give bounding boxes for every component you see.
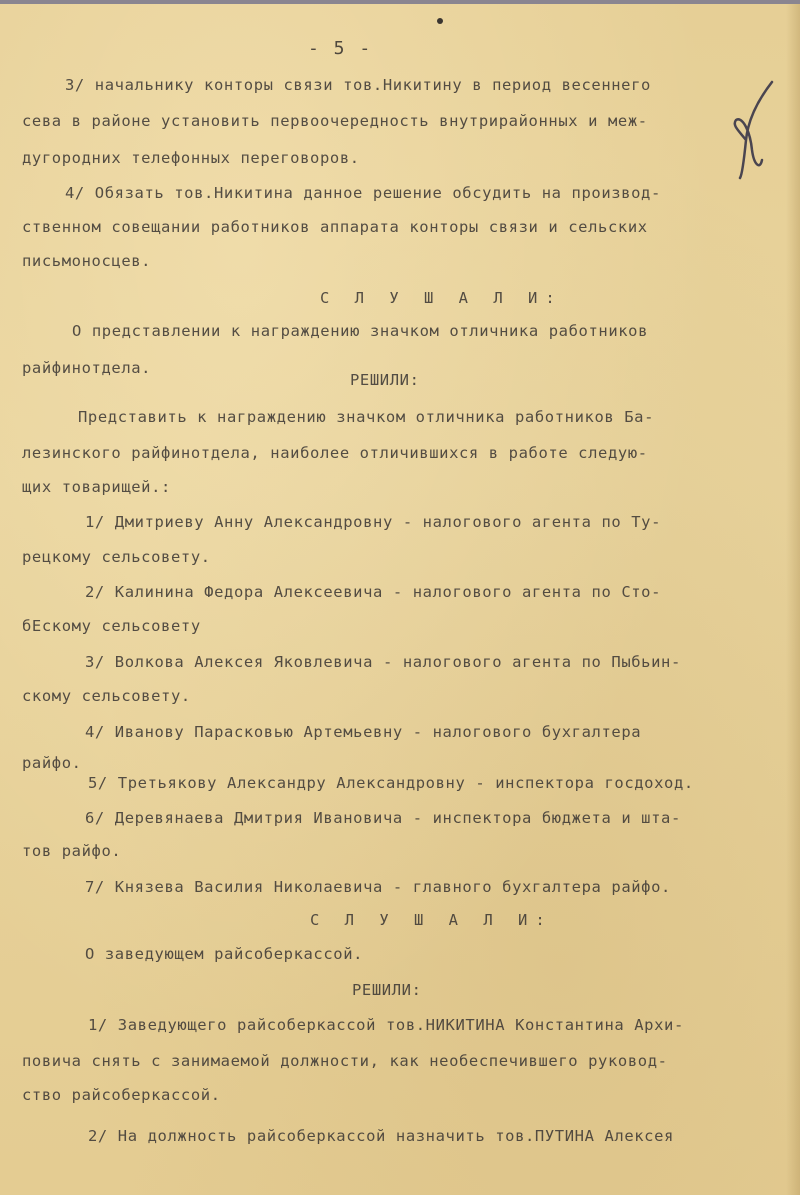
text-line: 3/ начальнику конторы связи тов.Никитину… bbox=[65, 76, 651, 94]
list-item: 2/ На должность райсоберкассой назначить… bbox=[88, 1127, 674, 1145]
text-line: бЕскому сельсовету bbox=[22, 617, 201, 635]
text-line: ственном совещании работников аппарата к… bbox=[22, 218, 648, 236]
text-line: скому сельсовету. bbox=[22, 687, 191, 705]
section-heading-heard: С Л У Ш А Л И: bbox=[310, 911, 553, 929]
text-line: повича снять с занимаемой должности, как… bbox=[22, 1052, 668, 1070]
list-item: 6/ Деревянаева Дмитрия Ивановича - инспе… bbox=[85, 809, 681, 827]
text-line: лезинского райфинотдела, наиболее отличи… bbox=[22, 444, 648, 462]
section-heading-decided: РЕШИЛИ: bbox=[352, 981, 422, 999]
page-edge-shadow bbox=[786, 4, 800, 1195]
list-item: 7/ Князева Василия Николаевича - главног… bbox=[85, 878, 671, 896]
text-line: ство райсоберкассой. bbox=[22, 1086, 221, 1104]
text-line: сева в районе установить первоочередност… bbox=[22, 112, 648, 130]
section-heading-decided: РЕШИЛИ: bbox=[350, 371, 420, 389]
list-item: 1/ Дмитриеву Анну Александровну - налого… bbox=[85, 513, 661, 531]
text-line: письмоносцев. bbox=[22, 252, 151, 270]
text-line: дугородних телефонных переговоров. bbox=[22, 149, 360, 167]
text-line: 4/ Обязать тов.Никитина данное решение о… bbox=[65, 184, 661, 202]
page-number: - 5 - bbox=[308, 38, 372, 59]
text-line: рецкому сельсовету. bbox=[22, 548, 211, 566]
text-line: О заведующем райсоберкассой. bbox=[85, 945, 363, 963]
text-line: тов райфо. bbox=[22, 842, 121, 860]
text-line: райфо. bbox=[22, 754, 82, 772]
list-item: 3/ Волкова Алексея Яковлевича - налогово… bbox=[85, 653, 681, 671]
list-item: 1/ Заведующего райсоберкассой тов.НИКИТИ… bbox=[88, 1016, 684, 1034]
text-line: Представить к награждению значком отличн… bbox=[78, 408, 654, 426]
text-line: райфинотдела. bbox=[22, 359, 151, 377]
text-line: щих товарищей.: bbox=[22, 478, 171, 496]
list-item: 4/ Иванову Парасковью Артемьевну - налог… bbox=[85, 723, 641, 741]
handwritten-signature-mark bbox=[728, 80, 778, 180]
scanned-page: - 5 - 3/ начальнику конторы связи тов.Ни… bbox=[0, 4, 800, 1195]
ink-dot bbox=[437, 18, 443, 24]
list-item: 2/ Калинина Федора Алексеевича - налогов… bbox=[85, 583, 661, 601]
list-item: 5/ Третьякову Александру Александровну -… bbox=[88, 774, 694, 792]
section-heading-heard: С Л У Ш А Л И: bbox=[320, 289, 563, 307]
text-line: О представлении к награждению значком от… bbox=[72, 322, 648, 340]
